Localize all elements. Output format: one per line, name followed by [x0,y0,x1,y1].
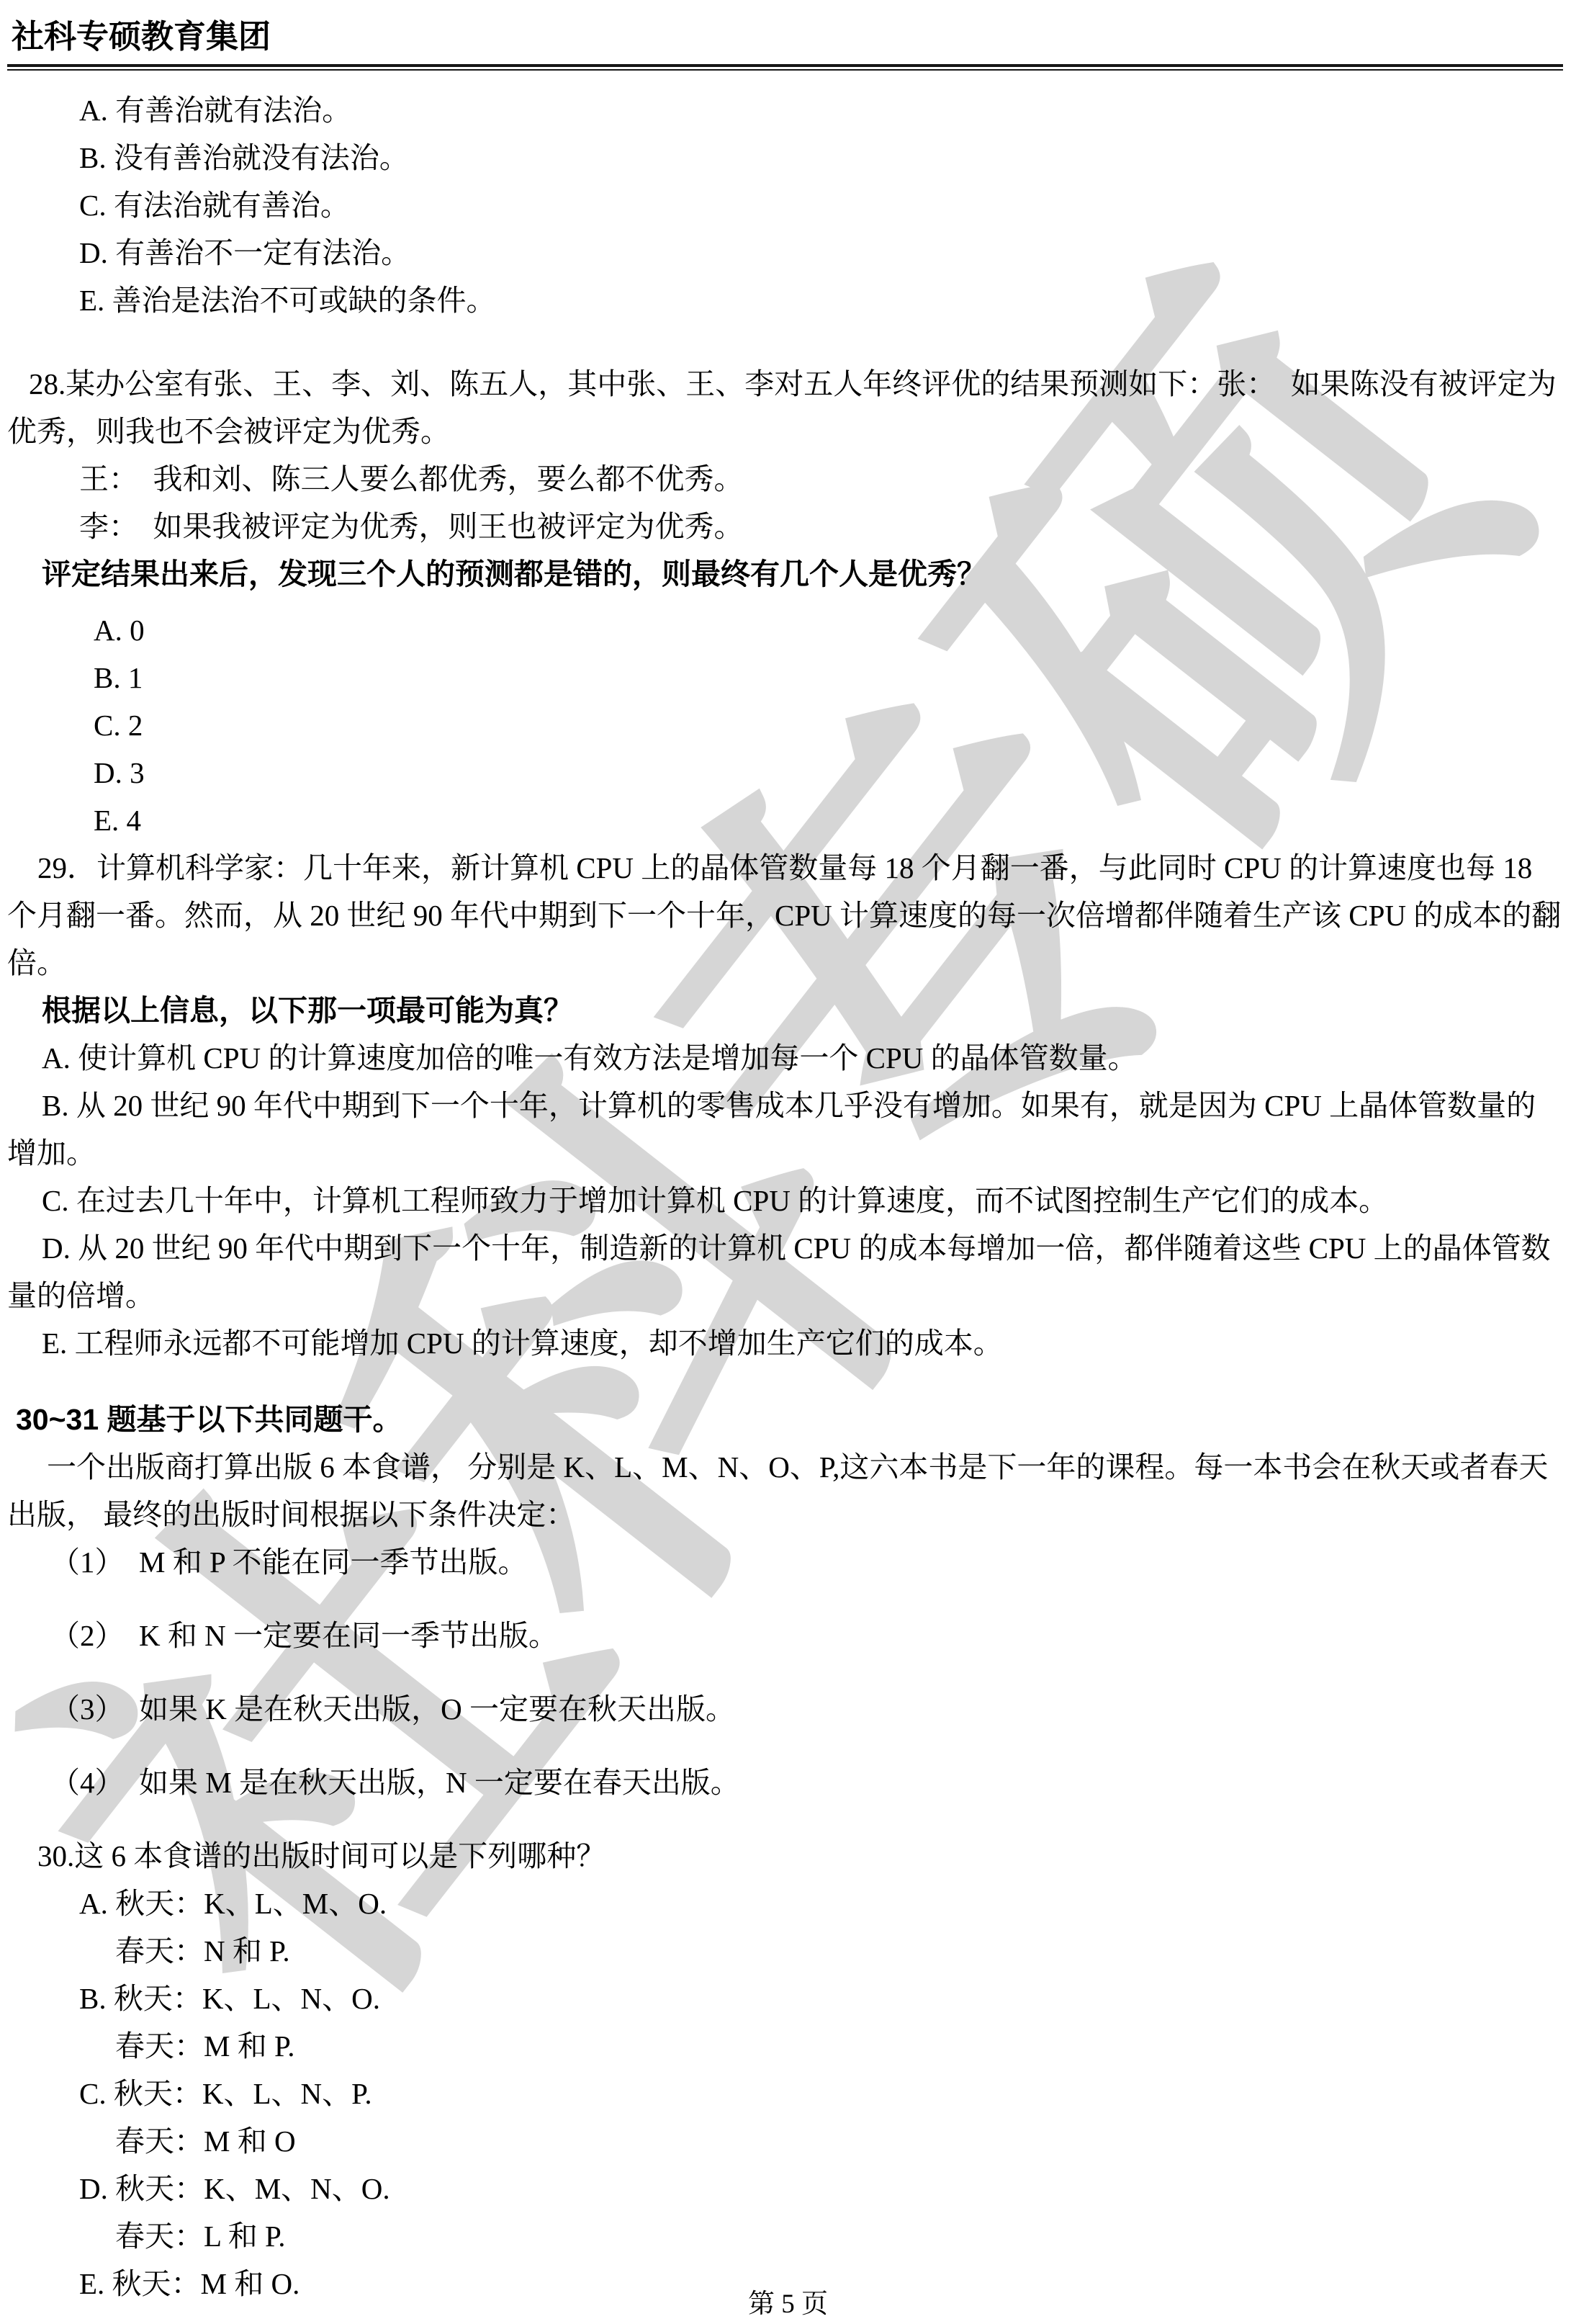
q30-option-a-spring: 春天：N 和 P. [7,1927,1563,1975]
condition-2: （2） K 和 N 一定要在同一季节出版。 [7,1612,1563,1659]
page-number: 第 5 页 [0,2282,1576,2320]
q29-option-c: C. 在过去几十年中，计算机工程师致力于增加计算机 CPU 的计算速度，而不试图… [7,1177,1563,1224]
q28-li-statement: 李： 如果我被评定为优秀，则王也被评定为优秀。 [7,503,1563,550]
q29-question: 根据以上信息，以下那一项最可能为真？ [7,987,1563,1034]
q28-option-b: B. 1 [7,654,1563,701]
q30-option-a-fall: A. 秋天：K、L、M、O. [7,1880,1563,1927]
condition-3: （3） 如果 K 是在秋天出版，O 一定要在秋天出版。 [7,1685,1563,1733]
q30-option-c-fall: C. 秋天：K、L、N、P. [7,2070,1563,2117]
q29-option-e: E. 工程师永远都不可能增加 CPU 的计算速度，却不增加生产它们的成本。 [7,1319,1563,1367]
q30-stem: 30.这 6 本食谱的出版时间可以是下列哪种？ [7,1832,1563,1880]
q30-option-d-fall: D. 秋天：K、M、N、O. [7,2165,1563,2212]
q28-option-c: C. 2 [7,701,1563,749]
condition-1: （1） M 和 P 不能在同一季节出版。 [7,1538,1563,1586]
q27-option-c: C. 有法治就有善治。 [7,181,1563,229]
q29-option-b: B. 从 20 世纪 90 年代中期到下一个十年，计算机的零售成本几乎没有增加。… [7,1082,1563,1177]
q27-option-a: A. 有善治就有法治。 [7,86,1563,134]
q29-option-d: D. 从 20 世纪 90 年代中期到下一个十年，制造新的计算机 CPU 的成本… [7,1224,1563,1319]
q30-option-c-spring: 春天：M 和 O [7,2117,1563,2165]
q29-option-a: A. 使计算机 CPU 的计算速度加倍的唯一有效方法是增加每一个 CPU 的晶体… [7,1034,1563,1082]
document-body: A. 有善治就有法治。 B. 没有善治就没有法治。 C. 有法治就有善治。 D.… [7,71,1563,2307]
q28-option-e: E. 4 [7,797,1563,844]
q30-option-d-spring: 春天：L 和 P. [7,2212,1563,2260]
q27-option-b: B. 没有善治就没有法治。 [7,134,1563,181]
q30-option-b-fall: B. 秋天：K、L、N、O. [7,1975,1563,2022]
document-page: 社科专硕 社科专硕教育集团 A. 有善治就有法治。 B. 没有善治就没有法治。 … [0,0,1576,2324]
group-30-31-intro: 一个出版商打算出版 6 本食谱， 分别是 K、L、M、N、O、P,这六本书是下一… [7,1443,1563,1538]
q30-option-b-spring: 春天：M 和 P. [7,2022,1563,2070]
group-30-31-heading: 30~31 题基于以下共同题干。 [7,1396,1563,1443]
q28-option-d: D. 3 [7,749,1563,797]
condition-4: （4） 如果 M 是在秋天出版，N 一定要在春天出版。 [7,1759,1563,1806]
header-title: 社科专硕教育集团 [7,0,1563,64]
q28-stem: 28.某办公室有张、王、李、刘、陈五人，其中张、王、李对五人年终评优的结果预测如… [7,360,1563,455]
header-rule [7,64,1563,71]
q29-stem: 29．计算机科学家：几十年来，新计算机 CPU 上的晶体管数量每 18 个月翻一… [7,844,1563,987]
q28-question: 评定结果出来后，发现三个人的预测都是错的，则最终有几个人是优秀？ [7,550,1563,598]
q27-option-e: E. 善治是法治不可或缺的条件。 [7,277,1563,324]
q28-option-a: A. 0 [7,606,1563,654]
q28-wang-statement: 王： 我和刘、陈三人要么都优秀，要么都不优秀。 [7,455,1563,503]
q27-option-d: D. 有善治不一定有法治。 [7,229,1563,277]
